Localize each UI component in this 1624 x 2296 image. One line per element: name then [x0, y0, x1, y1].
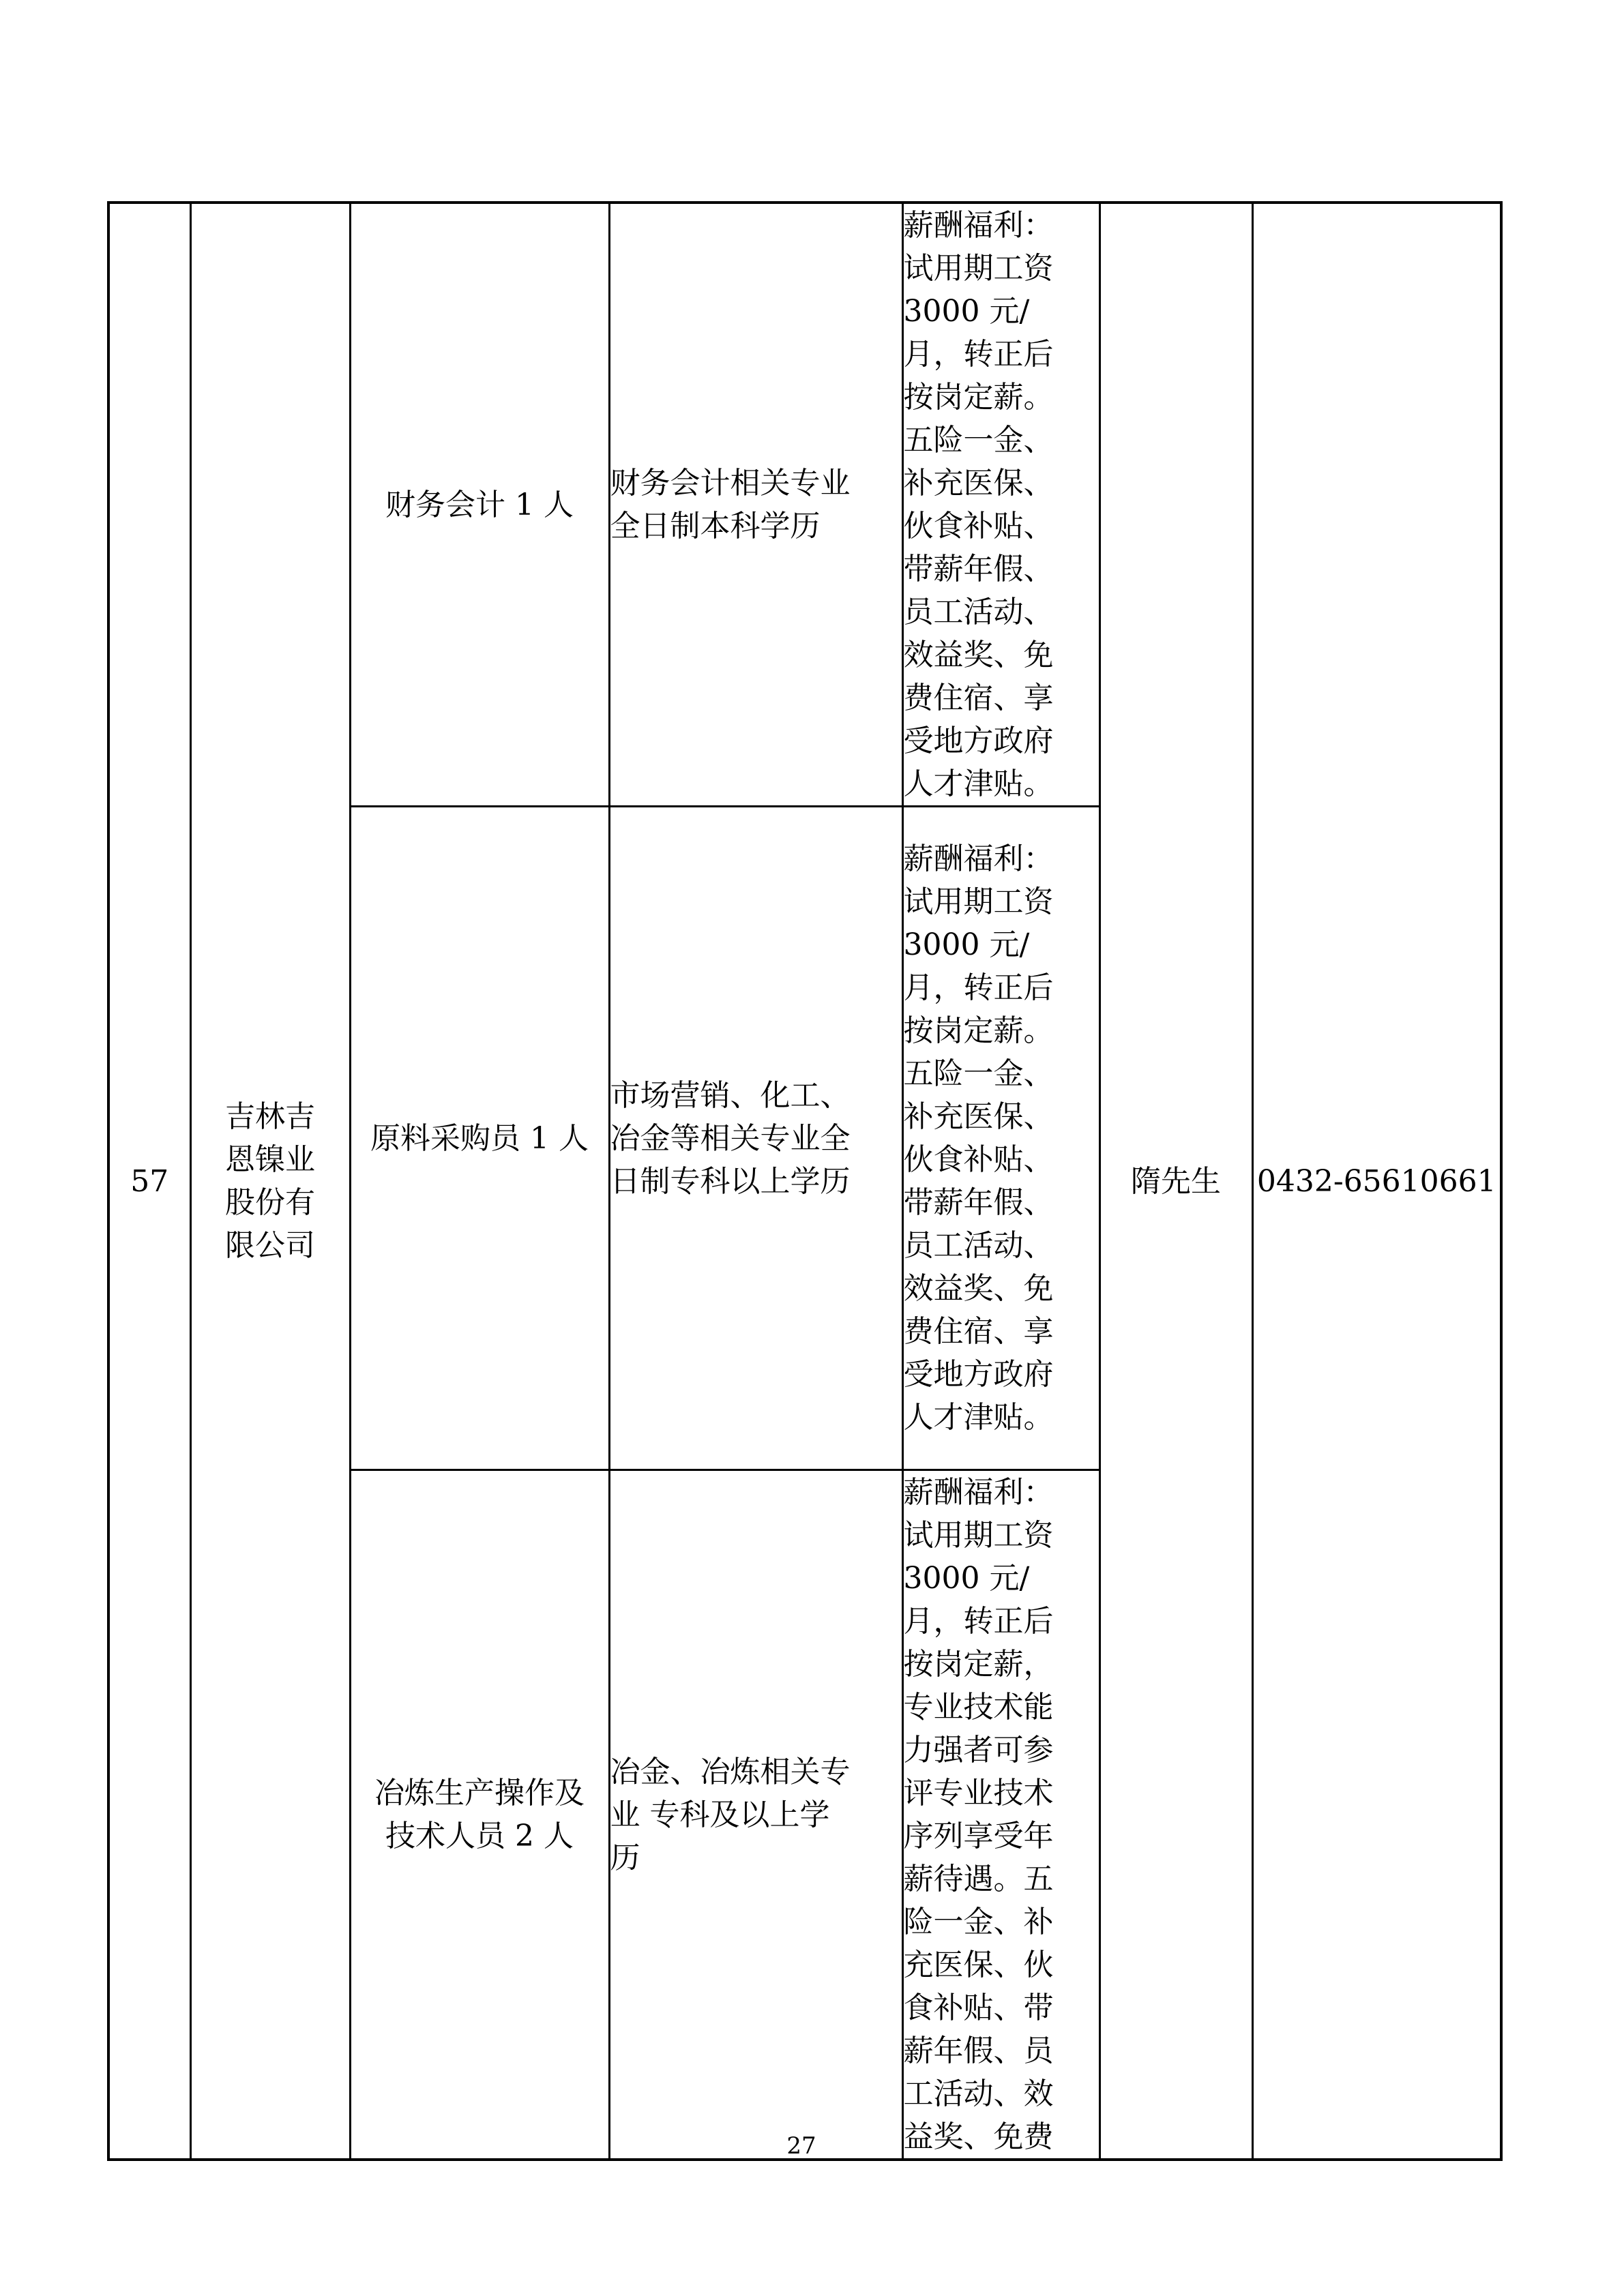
- position-title: 技术人员 2 人: [351, 1815, 608, 1858]
- benefit-line: 食补贴、带: [904, 1986, 1099, 2029]
- position-cell: 财务会计 1 人: [350, 203, 609, 807]
- benefit-line: 试用期工资: [904, 247, 1099, 290]
- requirement-line: 冶金等相关专业全: [610, 1117, 902, 1160]
- benefit-line: 按岗定薪。: [904, 1009, 1099, 1052]
- benefit-line: 薪酬福利：: [904, 837, 1099, 880]
- job-listing-table: 57 吉林吉 恩镍业 股份有 限公司 财务会计 1 人 财务会计相关专业 全日制…: [107, 201, 1503, 2161]
- benefit-cell: 薪酬福利： 试用期工资 3000 元/ 月，转正后 按岗定薪。 五险一金、 补充…: [902, 203, 1099, 807]
- benefit-line: 薪待遇。五: [904, 1858, 1099, 1900]
- company-name-line: 限公司: [192, 1224, 349, 1267]
- position-cell: 冶炼生产操作及 技术人员 2 人: [350, 1470, 609, 2160]
- benefit-line: 试用期工资: [904, 880, 1099, 923]
- benefit-line: 评专业技术: [904, 1772, 1099, 1815]
- entry-number-cell: 57: [108, 203, 190, 2160]
- company-name-cell: 吉林吉 恩镍业 股份有 限公司: [190, 203, 350, 2160]
- benefit-line: 受地方政府: [904, 719, 1099, 762]
- benefit-line: 力强者可参: [904, 1729, 1099, 1772]
- company-name-line: 恩镍业: [192, 1138, 349, 1181]
- benefit-line: 效益奖、免: [904, 1267, 1099, 1310]
- benefit-line: 员工活动、: [904, 1224, 1099, 1267]
- phone-number: 0432-65610661: [1257, 1164, 1496, 1199]
- company-name-line: 吉林吉: [192, 1095, 349, 1138]
- benefit-line: 员工活动、: [904, 591, 1099, 633]
- requirement-line: 业 专科及以上学: [610, 1793, 902, 1836]
- benefit-line: 工活动、效: [904, 2072, 1099, 2115]
- requirement-line: 日制专科以上学历: [610, 1160, 902, 1203]
- benefit-line: 月，转正后: [904, 1600, 1099, 1643]
- benefit-line: 专业技术能: [904, 1686, 1099, 1729]
- benefit-line: 费住宿、享: [904, 1310, 1099, 1353]
- benefit-line: 3000 元/: [904, 290, 1099, 333]
- position-title: 财务会计 1 人: [351, 483, 608, 526]
- benefit-line: 效益奖、免: [904, 633, 1099, 676]
- benefit-line: 五险一金、: [904, 419, 1099, 462]
- company-name-line: 股份有: [192, 1181, 349, 1224]
- benefit-line: 伙食补贴、: [904, 505, 1099, 548]
- position-title: 原料采购员 1 人: [351, 1117, 608, 1160]
- requirement-line: 财务会计相关专业: [610, 462, 902, 505]
- benefit-line: 人才津贴。: [904, 1396, 1099, 1439]
- benefit-line: 薪年假、员: [904, 2029, 1099, 2072]
- position-cell: 原料采购员 1 人: [350, 807, 609, 1470]
- benefit-line: 受地方政府: [904, 1353, 1099, 1396]
- requirement-cell: 财务会计相关专业 全日制本科学历: [609, 203, 902, 807]
- requirement-line: 冶金、冶炼相关专: [610, 1750, 902, 1793]
- requirement-line: 历: [610, 1836, 902, 1879]
- benefit-line: 薪酬福利：: [904, 204, 1099, 247]
- benefit-line: 费住宿、享: [904, 676, 1099, 719]
- phone-cell: 0432-65610661: [1252, 203, 1501, 2160]
- benefit-line: 人才津贴。: [904, 762, 1099, 805]
- benefit-line: 险一金、补: [904, 1900, 1099, 1943]
- benefit-line: 序列享受年: [904, 1815, 1099, 1858]
- contact-person-cell: 隋先生: [1099, 203, 1252, 2160]
- benefit-line: 按岗定薪，: [904, 1643, 1099, 1686]
- contact-person: 隋先生: [1131, 1164, 1221, 1199]
- benefit-line: 试用期工资: [904, 1514, 1099, 1557]
- table-row: 57 吉林吉 恩镍业 股份有 限公司 财务会计 1 人 财务会计相关专业 全日制…: [108, 203, 1501, 807]
- benefit-line: 五险一金、: [904, 1052, 1099, 1095]
- benefit-line: 益奖、免费: [904, 2115, 1099, 2158]
- entry-number: 57: [130, 1164, 168, 1199]
- benefit-line: 补充医保、: [904, 462, 1099, 505]
- benefit-line: 3000 元/: [904, 923, 1099, 966]
- benefit-cell: 薪酬福利： 试用期工资 3000 元/ 月，转正后 按岗定薪， 专业技术能 力强…: [902, 1470, 1099, 2160]
- benefit-line: 伙食补贴、: [904, 1138, 1099, 1181]
- document-page: 57 吉林吉 恩镍业 股份有 限公司 财务会计 1 人 财务会计相关专业 全日制…: [0, 0, 1624, 2296]
- requirement-line: 市场营销、化工、: [610, 1074, 902, 1117]
- benefit-line: 带薪年假、: [904, 1181, 1099, 1224]
- benefit-line: 3000 元/: [904, 1557, 1099, 1600]
- benefit-cell: 薪酬福利： 试用期工资 3000 元/ 月，转正后 按岗定薪。 五险一金、 补充…: [902, 807, 1099, 1470]
- benefit-line: 补充医保、: [904, 1095, 1099, 1138]
- benefit-line: 薪酬福利：: [904, 1471, 1099, 1514]
- page-number: 27: [778, 2129, 825, 2163]
- benefit-line: 按岗定薪。: [904, 376, 1099, 419]
- benefit-line: 月，转正后: [904, 966, 1099, 1009]
- requirement-cell: 市场营销、化工、 冶金等相关专业全 日制专科以上学历: [609, 807, 902, 1470]
- position-title: 冶炼生产操作及: [351, 1772, 608, 1815]
- requirement-line: 全日制本科学历: [610, 505, 902, 548]
- benefit-line: 带薪年假、: [904, 548, 1099, 591]
- requirement-cell: 冶金、冶炼相关专 业 专科及以上学 历: [609, 1470, 902, 2160]
- benefit-line: 月，转正后: [904, 333, 1099, 376]
- benefit-line: 充医保、伙: [904, 1943, 1099, 1986]
